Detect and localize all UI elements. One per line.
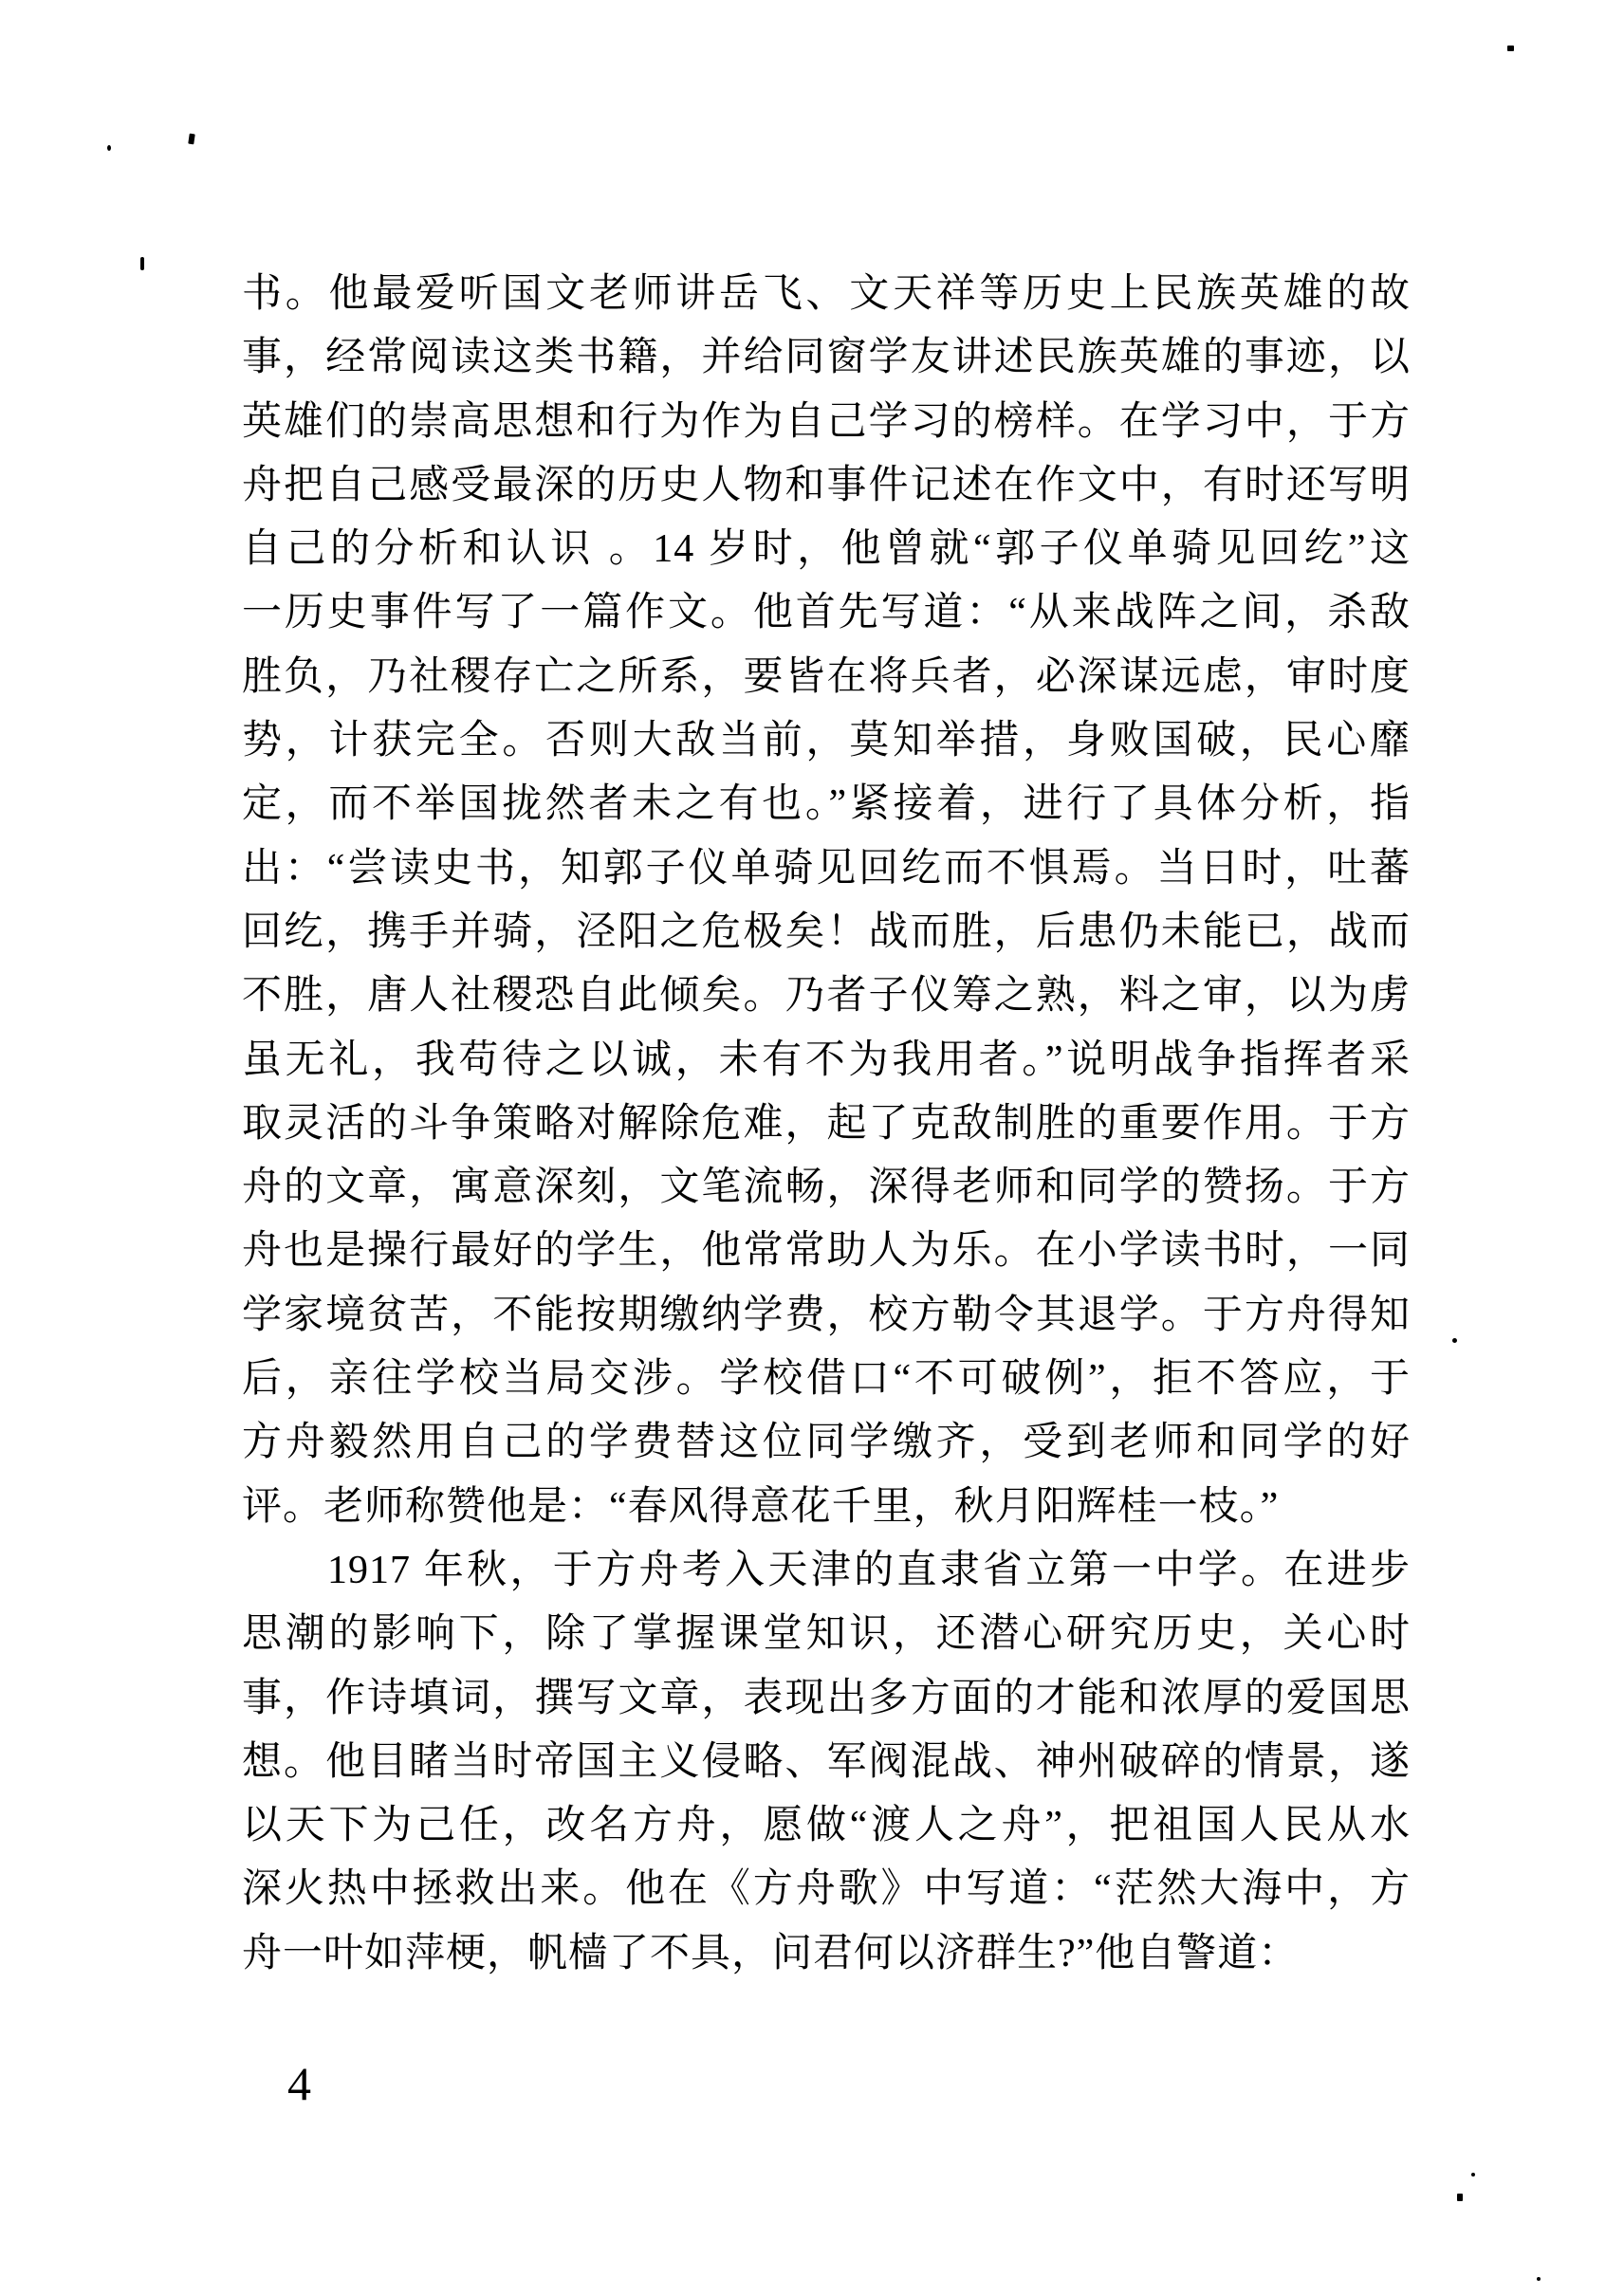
scan-speck <box>1452 1338 1457 1343</box>
text-line: 事，经常阅读这类书籍，并给同窗学友讲述民族英雄的事迹，以 <box>242 326 1411 390</box>
text-line: 胜负，乃社稷存亡之所系，要皆在将兵者，必深谋远虑，审时度 <box>242 646 1411 709</box>
text-line: 舟的文章，寓意深刻，文笔流畅，深得老师和同学的赞扬。于方 <box>242 1156 1411 1220</box>
text-line: 势，计获完全。否则大敌当前，莫知举措，身败国破，民心靡 <box>242 709 1411 773</box>
text-line: 不胜，唐人社稷恐自此倾矣。乃者子仪筹之熟，料之审，以为虏 <box>242 964 1411 1028</box>
text-line: 定，而不举国拢然者未之有也。”紧接着，进行了具体分析，指 <box>242 773 1411 836</box>
scan-speck <box>1457 2194 1463 2201</box>
text-line: 一历史事件写了一篇作文。他首先写道：“从来战阵之间，杀敌 <box>242 581 1411 645</box>
text-line-paragraph-end: 评。老师称赞他是：“春风得意花千里，秋月阳辉桂一枝。” <box>242 1476 1411 1539</box>
text-line: 后，亲往学校当局交涉。学校借口“不可破例”，拒不答应，于 <box>242 1348 1411 1411</box>
body-text-block: 书。他最爱听国文老师讲岳飞、文天祥等历史上民族英雄的故 事，经常阅读这类书籍，并… <box>242 263 1411 1986</box>
scan-speck <box>188 134 194 145</box>
scan-speck <box>1471 2173 1475 2177</box>
text-line-paragraph-end: 舟一叶如萍梗，帆樯了不具，问君何以济群生?”他自警道： <box>242 1922 1411 1986</box>
page-number: 4 <box>287 2056 311 2111</box>
text-line: 舟把自己感受最深的历史人物和事件记述在作文中，有时还写明 <box>242 454 1411 518</box>
text-line: 出：“尝读史书，知郭子仪单骑见回纥而不惧焉。当日时，吐蕃 <box>242 837 1411 901</box>
text-line: 书。他最爱听国文老师讲岳飞、文天祥等历史上民族英雄的故 <box>242 263 1411 326</box>
text-line: 想。他目睹当时帝国主义侵略、军阀混战、神州破碎的情景，遂 <box>242 1731 1411 1794</box>
text-line: 回纥，携手并骑，泾阳之危极矣！战而胜，后患仍未能已，战而 <box>242 901 1411 964</box>
text-line: 取灵活的斗争策略对解除危难，起了克敌制胜的重要作用。于方 <box>242 1093 1411 1156</box>
scanned-book-page: 书。他最爱听国文老师讲岳飞、文天祥等历史上民族英雄的故 事，经常阅读这类书籍，并… <box>0 0 1624 2296</box>
scan-speck <box>107 145 111 151</box>
text-line: 学家境贫苦，不能按期缴纳学费，校方勒令其退学。于方舟得知 <box>242 1284 1411 1348</box>
text-line: 深火热中拯救出来。他在《方舟歌》中写道：“茫然大海中，方 <box>242 1858 1411 1921</box>
text-line: 自己的分析和认识 。14 岁时，他曾就“郭子仪单骑见回纥”这 <box>242 518 1411 581</box>
text-line-paragraph-start: 1917 年秋，于方舟考入天津的直隶省立第一中学。在进步 <box>242 1539 1411 1603</box>
text-line: 思潮的影响下，除了掌握课堂知识，还潜心研究历史，关心时 <box>242 1603 1411 1666</box>
text-line: 虽无礼，我苟待之以诚，未有不为我用者。”说明战争指挥者采 <box>242 1029 1411 1093</box>
text-line: 以天下为己任，改名方舟，愿做“渡人之舟”，把祖国人民从水 <box>242 1794 1411 1858</box>
text-line: 方舟毅然用自己的学费替这位同学缴齐，受到老师和同学的好 <box>242 1411 1411 1475</box>
scan-speck <box>1507 46 1514 51</box>
text-line: 事，作诗填词，撰写文章，表现出多方面的才能和浓厚的爱国思 <box>242 1667 1411 1731</box>
text-line: 英雄们的崇高思想和行为作为自己学习的榜样。在学习中，于方 <box>242 391 1411 454</box>
text-line: 舟也是操行最好的学生，他常常助人为乐。在小学读书时，一同 <box>242 1220 1411 1283</box>
scan-speck <box>140 257 144 270</box>
scan-speck <box>1537 2277 1541 2281</box>
